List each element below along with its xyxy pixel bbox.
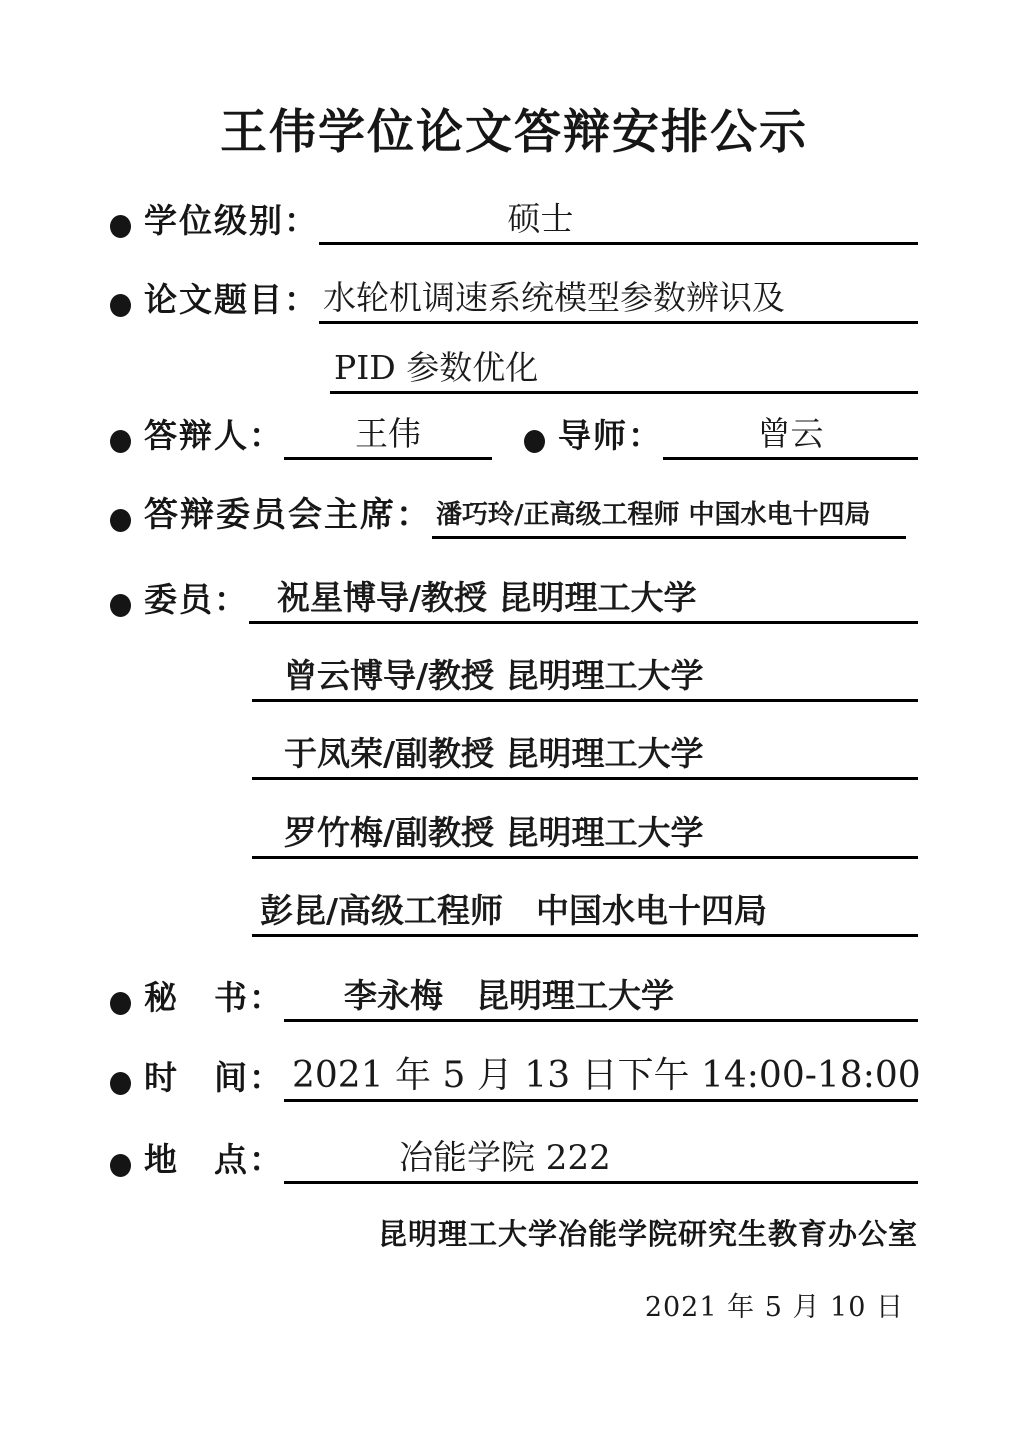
bullet-icon: [110, 1072, 131, 1095]
bullet-icon: [110, 215, 131, 238]
degree-value: 硕士: [319, 197, 918, 245]
time-value: 2021 年 5 月 13 日下午 14:00-18:00: [284, 1054, 918, 1102]
secretary-row: 秘 书： 李永梅 昆明理工大学: [110, 937, 918, 1022]
bullet-icon: [110, 294, 131, 317]
advisor-label: 导师：: [558, 414, 663, 460]
location-label: 地 点：: [144, 1138, 284, 1184]
secretary-label: 秘 书：: [144, 976, 284, 1022]
committee-row: 罗竹梅/副教授 昆明理工大学: [110, 780, 918, 859]
page-title: 王伟学位论文答辩安排公示: [110, 96, 918, 170]
advisor-value: 曾云: [663, 412, 918, 460]
degree-label: 学位级别：: [144, 199, 319, 245]
committee-member: 罗竹梅/副教授 昆明理工大学: [252, 811, 918, 859]
time-row: 时 间： 2021 年 5 月 13 日下午 14:00-18:00: [110, 1022, 918, 1102]
secretary-value: 李永梅 昆明理工大学: [284, 974, 918, 1022]
committee-member: 于凤荣/副教授 昆明理工大学: [252, 732, 918, 780]
location-value: 冶能学院 222: [284, 1136, 918, 1184]
defender-value: 王伟: [284, 412, 492, 460]
chair-value: 潘巧玲/正高级工程师 中国水电十四局: [432, 495, 906, 539]
committee-member: 祝星博导/教授 昆明理工大学: [249, 576, 918, 624]
chair-label: 答辩委员会主席：: [144, 493, 432, 539]
defender-advisor-row: 答辩人： 王伟 导师： 曾云: [110, 394, 918, 460]
committee-row: 彭昆/高级工程师 中国水电十四局: [110, 859, 918, 937]
time-label: 时 间：: [144, 1056, 284, 1102]
thesis-title-row-2: PID 参数优化: [110, 324, 918, 394]
committee-label: 委员：: [144, 578, 249, 624]
committee-row: 曾云博导/教授 昆明理工大学: [110, 624, 918, 702]
degree-row: 学位级别： 硕士: [110, 170, 918, 245]
bullet-icon: [110, 992, 131, 1015]
bullet-icon: [110, 594, 131, 617]
committee-row: 委员： 祝星博导/教授 昆明理工大学: [110, 539, 918, 624]
committee-member: 彭昆/高级工程师 中国水电十四局: [252, 889, 918, 937]
thesis-title-label: 论文题目：: [144, 278, 319, 324]
bullet-icon: [110, 509, 131, 532]
issue-date: 2021 年 5 月 10 日: [110, 1285, 918, 1324]
thesis-title-row: 论文题目： 水轮机调速系统模型参数辨识及: [110, 245, 918, 324]
bullet-icon: [110, 430, 131, 453]
chair-row: 答辩委员会主席： 潘巧玲/正高级工程师 中国水电十四局: [110, 460, 918, 539]
thesis-title-line1: 水轮机调速系统模型参数辨识及: [319, 276, 918, 324]
location-row: 地 点： 冶能学院 222: [110, 1102, 918, 1184]
issuing-office: 昆明理工大学冶能学院研究生教育办公室: [110, 1212, 918, 1253]
committee-member: 曾云博导/教授 昆明理工大学: [252, 654, 918, 702]
bullet-icon: [524, 430, 545, 453]
thesis-title-line2: PID 参数优化: [330, 346, 918, 394]
committee-row: 于凤荣/副教授 昆明理工大学: [110, 702, 918, 780]
defender-label: 答辩人：: [144, 414, 284, 460]
announcement-document: 王伟学位论文答辩安排公示 学位级别： 硕士 论文题目： 水轮机调速系统模型参数辨…: [0, 0, 1024, 1448]
bullet-icon: [110, 1154, 131, 1177]
